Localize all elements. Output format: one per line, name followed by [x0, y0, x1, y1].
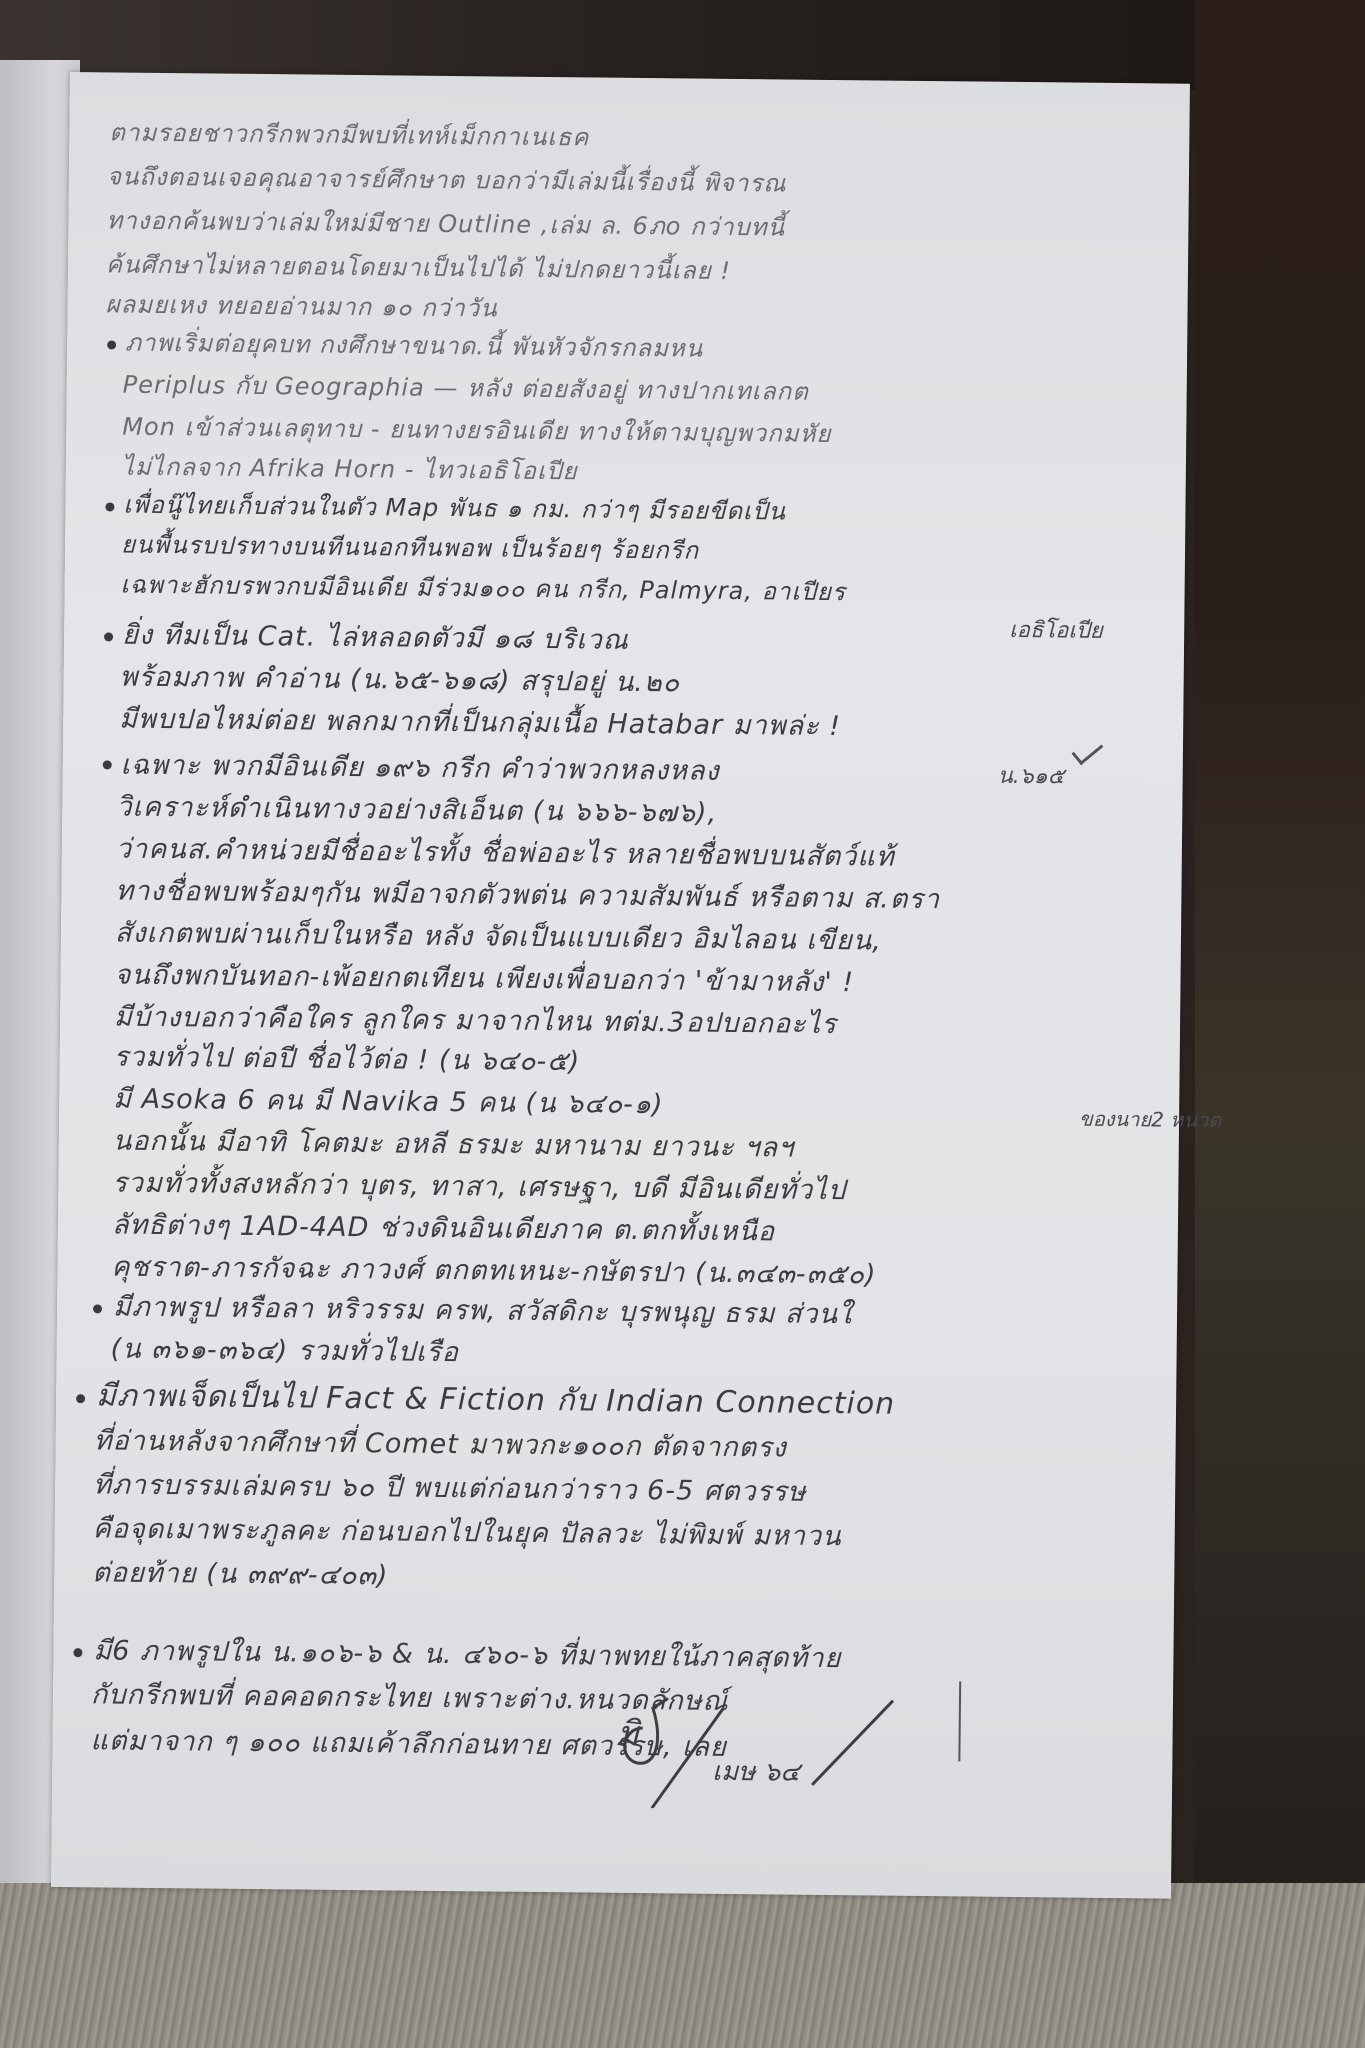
margin-note: ของนาย2 หนวด [1079, 1103, 1222, 1136]
signature: มิ เมษ ๖๔ [612, 1668, 913, 1811]
intro-line: ค้นศึกษาไม่หลายตอนโดยมาเป็นไปได้ ไม่ปกดย… [106, 244, 731, 290]
bullet-4-line: เฉพาะ พวกมีอินเดีย ๑๙๖ กรีก คำว่าพวกหลงห… [121, 743, 720, 792]
bullet-6-line: คือจุดเมาพระภูลคะ ก่อนบอกไปในยุค ปัลลวะ … [93, 1506, 842, 1557]
bullet-4-line: วิเคราะห์ดำเนินทางวอย่างสิเอ็นต (น ๖๖๖-๖… [116, 785, 717, 834]
bullet-3-line: ยิ่ง ทีมเป็น Cat. ไล่หลอดตัวมี ๑๘ บริเวณ [122, 613, 629, 661]
bullet-dot [107, 340, 116, 349]
bullet-1-line: ภาพเริ่มต่อยุคบท กงศึกษาขนาด.นี้ พันหัวจ… [125, 323, 703, 368]
intro-line: ผลมยเหง ทยอยอ่านมาก ๑๐ กว่าวัน [105, 284, 497, 327]
bullet-dot [76, 1394, 85, 1403]
notebook-page: ตามรอยชาวกรีกพวกมีพบที่เทห์เม็กกาเนเธค จ… [51, 72, 1190, 1899]
bullet-dot [105, 502, 114, 511]
background-fabric [0, 1883, 1365, 2048]
bullet-4-line: รวมทั่วไป ต่อปี ชื่อไว้ต่อ ! (น ๖๔๐-๕) [113, 1035, 580, 1083]
bullet-dot [93, 1304, 102, 1313]
checkmark-icon [1071, 735, 1103, 765]
intro-line: ตามรอยชาวกรีกพวกมีพบที่เทห์เม็กกาเนเธค [109, 112, 589, 156]
bullet-1-line: Periplus กับ Geographia — หลัง ต่อยสังอย… [123, 365, 809, 411]
margin-page-ref: น.๖๑๕ [998, 758, 1065, 794]
bullet-6-line: ต่อยท้าย (น ๓๙๙-๔๐๓) [92, 1550, 389, 1596]
bullet-2-line: ยนพื้นรบปรทางบนทีนนอกทีนพอพ เป็นร้อยๆ ร้… [121, 525, 700, 570]
bullet-1-line: Mon เข้าส่วนเลตุทาบ - ยนทางยรอินเดีย ทาง… [122, 407, 832, 453]
bullet-2-line: เฉพาะฮักบรพวกบมีอินเดีย มีร่วม๑๐๐ คน กรี… [120, 565, 846, 612]
intro-line: ทางอกค้นพบว่าเล่มใหม่มีชาย Outline ,เล่ม… [106, 200, 785, 246]
closing-bracket [952, 1681, 961, 1761]
bullet-5-line: (น ๓๖๑-๓๖๔) รวมทั่วไปเรือ [110, 1326, 459, 1373]
bullet-3-line: มีพบปอไหม่ต่อย พลกมากที่เป็นกลุ่มเนื้อ H… [119, 697, 841, 748]
bullet-6-line: ที่ภารบรรมเล่มครบ ๖๐ ปี พบแต่ก่อนกว่าราว… [93, 1462, 807, 1512]
signature-initial: มิ [616, 1706, 639, 1760]
bullet-dot [104, 632, 113, 641]
bullet-1-line: ไม่ไกลจาก Afrika Horn - ไทวเอธิโอเปีย [122, 447, 578, 491]
bullet-dot [73, 1648, 82, 1657]
bullet-6-line: ที่อ่านหลังจากศึกษาที่ Comet มาพวกะ๑๐๐ก … [93, 1418, 787, 1468]
asoka-line: มี Asoka 6 คน มี Navika 5 คน (น ๖๔๐-๑) [113, 1077, 664, 1126]
intro-line: จนถึงตอนเจอคุณอาจารย์ศึกษาต บอกว่ามีเล่ม… [107, 156, 787, 202]
bullet-dot [103, 760, 112, 769]
margin-note: เอธิโอเปีย [1009, 612, 1103, 648]
signature-date: เมษ ๖๔ [712, 1751, 800, 1793]
background-right-dark [1195, 0, 1365, 2048]
bullet-2-line: เพื่อนู๊ไทยเก็บส่วนในตัว Map พันธ ๑ กม. … [123, 485, 786, 531]
bullet-3-line: พร้อมภาพ คำอ่าน (น.๖๕-๖๑๘) สรุปอยู่ น.๒๐ [119, 655, 680, 704]
